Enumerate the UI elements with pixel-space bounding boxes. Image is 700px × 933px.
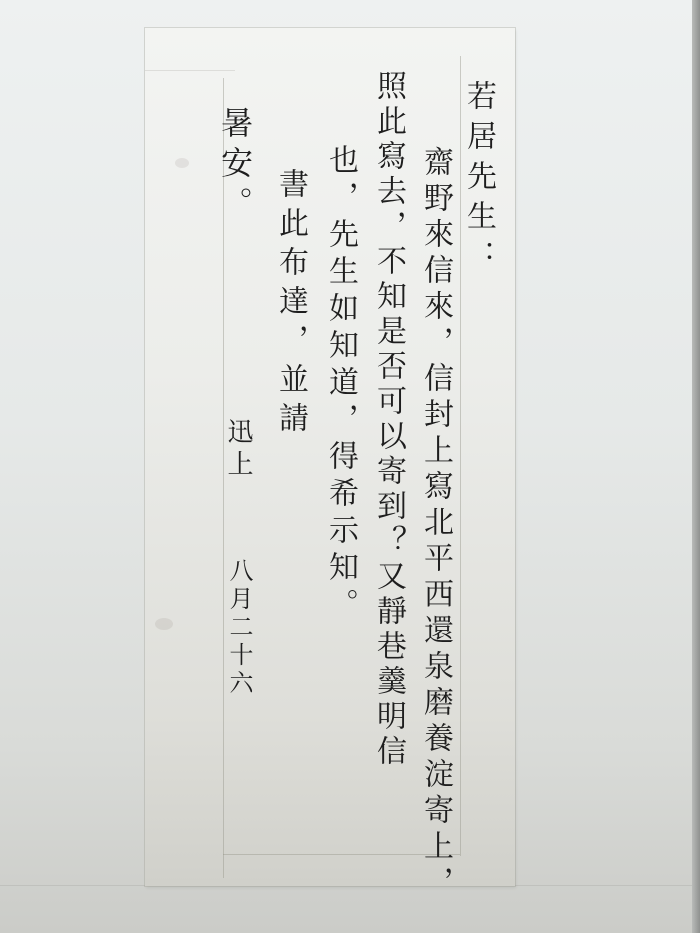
letter-signature: 迅上 (225, 418, 251, 482)
ruled-mark-top (145, 70, 235, 71)
letter-date: 八月二十六 (227, 558, 251, 698)
letter-column-3-part-a: 照此寫去，不知是否可以寄到？又 (371, 70, 406, 595)
album-page: 若居先生： 齋野來信來，信封上寫北平西還泉磨養淀寄上， 照此寫去，不知是否可以寄… (0, 0, 694, 933)
letter-column-2-part-a: 齋野來信來，信封上寫 (418, 146, 453, 506)
album-edge-shadow (692, 0, 700, 933)
letter-closing: 暑安。 (219, 106, 251, 226)
letter-column-3-part-b: 靜巷羹明信 (371, 595, 406, 770)
letter-sheet: 若居先生： 齋野來信來，信封上寫北平西還泉磨養淀寄上， 照此寫去，不知是否可以寄… (145, 28, 515, 886)
letter-column-4: 也，先生如知道，得希示知。 (325, 144, 355, 625)
letter-column-2: 齋野來信來，信封上寫北平西還泉磨養淀寄上， (420, 146, 450, 902)
paper-stain (175, 158, 189, 168)
letter-column-2-part-b: 北平西還泉磨養淀寄上， (418, 506, 453, 902)
letter-salutation: 若居先生： (463, 80, 493, 280)
letter-column-3: 照此寫去，不知是否可以寄到？又靜巷羹明信 (373, 70, 403, 770)
letter-column-5: 書此布達，並請 (275, 168, 305, 441)
paper-stain (155, 618, 173, 630)
